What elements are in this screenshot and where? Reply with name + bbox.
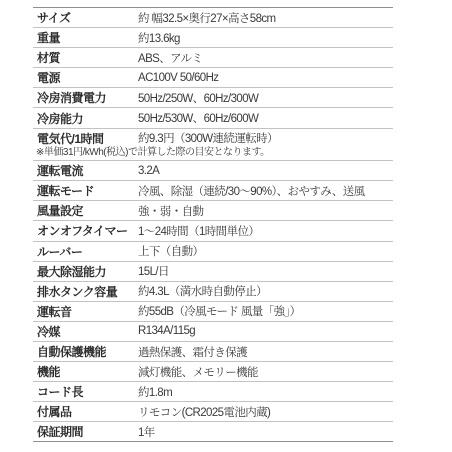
spec-value: 3.2A — [138, 165, 393, 177]
spec-label: 機能 — [33, 363, 138, 380]
spec-row: 電気代/1時間 約9.3円（300W連続運転時） ※単価31円/kWh(税込)で… — [33, 129, 393, 162]
spec-value: 約13.6kg — [138, 30, 393, 46]
spec-label: 冷媒 — [33, 323, 138, 340]
spec-value: R134A/115g — [138, 325, 393, 337]
spec-row: 運転電流 3.2A — [33, 161, 393, 181]
spec-label: サイズ — [33, 9, 138, 26]
spec-value: リモコン(CR2025電池内蔵) — [138, 404, 393, 420]
spec-row: 保証期間 1年 — [33, 422, 393, 442]
spec-row: 冷房消費電力 50Hz/250W、60Hz/300W — [33, 88, 393, 108]
spec-value: 減灯機能、メモリー機能 — [138, 364, 393, 380]
spec-value: 冷風、除湿（連続/30〜90%）、おやすみ、送風 — [138, 183, 393, 199]
spec-label: 風量設定 — [33, 202, 138, 219]
spec-row: 材質 ABS、アルミ — [33, 48, 393, 68]
spec-label: 付属品 — [33, 403, 138, 420]
spec-row: 運転音 約55dB（冷風モード 風量「強」） — [33, 302, 393, 322]
spec-label: 電源 — [33, 69, 138, 86]
spec-label: 運転音 — [33, 303, 138, 320]
spec-row: 冷媒 R134A/115g — [33, 322, 393, 342]
spec-value: 約55dB（冷風モード 風量「強」） — [138, 303, 393, 319]
spec-value: 1年 — [138, 424, 393, 440]
spec-label: 重量 — [33, 29, 138, 46]
spec-value: 約4.3L（満水時自動停止） — [138, 283, 393, 299]
spec-value: ABS、アルミ — [138, 50, 393, 66]
spec-note: ※単価31円/kWh(税込)で計算した際の目安となります。 — [33, 148, 393, 161]
spec-label: 自動保護機能 — [33, 343, 138, 360]
spec-row: 自動保護機能 過熱保護、霜付き保護 — [33, 342, 393, 362]
spec-label: オンオフタイマー — [33, 222, 138, 239]
spec-row: 冷房能力 50Hz/530W、60Hz/600W — [33, 108, 393, 128]
spec-value: 過熱保護、霜付き保護 — [138, 344, 393, 360]
spec-row: 運転モード 冷風、除湿（連続/30〜90%）、おやすみ、送風 — [33, 181, 393, 201]
spec-label: 運転モード — [33, 182, 138, 199]
spec-row: 排水タンク容量 約4.3L（満水時自動停止） — [33, 282, 393, 302]
spec-row: 付属品 リモコン(CR2025電池内蔵) — [33, 402, 393, 422]
spec-value: 強・弱・自動 — [138, 203, 393, 219]
spec-label: 材質 — [33, 49, 138, 66]
spec-value: 50Hz/250W、60Hz/300W — [138, 90, 393, 106]
spec-row: 最大除湿能力 15L/日 — [33, 262, 393, 282]
spec-row: ルーバー 上下（自動） — [33, 242, 393, 262]
spec-value: 1〜24時間（1時間単位） — [138, 223, 393, 239]
spec-row: コード長 約1.8m — [33, 382, 393, 402]
spec-row: 機能 減灯機能、メモリー機能 — [33, 362, 393, 382]
spec-label: ルーバー — [33, 243, 138, 260]
spec-value: AC100V 50/60Hz — [138, 72, 393, 84]
spec-value: 15L/日 — [138, 263, 393, 279]
spec-label: 運転電流 — [33, 162, 138, 179]
spec-label: 最大除湿能力 — [33, 263, 138, 280]
spec-value: 約9.3円（300W連続運転時） — [138, 130, 393, 146]
spec-row: オンオフタイマー 1〜24時間（1時間単位） — [33, 221, 393, 241]
spec-label: 電気代/1時間 — [33, 130, 138, 147]
spec-value: 約1.8m — [138, 384, 393, 400]
spec-label: 冷房能力 — [33, 110, 138, 127]
spec-label: 排水タンク容量 — [33, 283, 138, 300]
spec-row: 電源 AC100V 50/60Hz — [33, 68, 393, 88]
spec-value: 50Hz/530W、60Hz/600W — [138, 110, 393, 126]
spec-value: 約 幅32.5×奥行27×高さ58cm — [138, 10, 393, 26]
spec-label: コード長 — [33, 383, 138, 400]
product-spec-table: サイズ 約 幅32.5×奥行27×高さ58cm 重量 約13.6kg 材質 AB… — [33, 7, 393, 442]
spec-row: サイズ 約 幅32.5×奥行27×高さ58cm — [33, 8, 393, 28]
spec-label: 冷房消費電力 — [33, 89, 138, 106]
spec-row: 重量 約13.6kg — [33, 28, 393, 48]
spec-label: 保証期間 — [33, 423, 138, 440]
spec-row: 風量設定 強・弱・自動 — [33, 201, 393, 221]
spec-value: 上下（自動） — [138, 243, 393, 259]
